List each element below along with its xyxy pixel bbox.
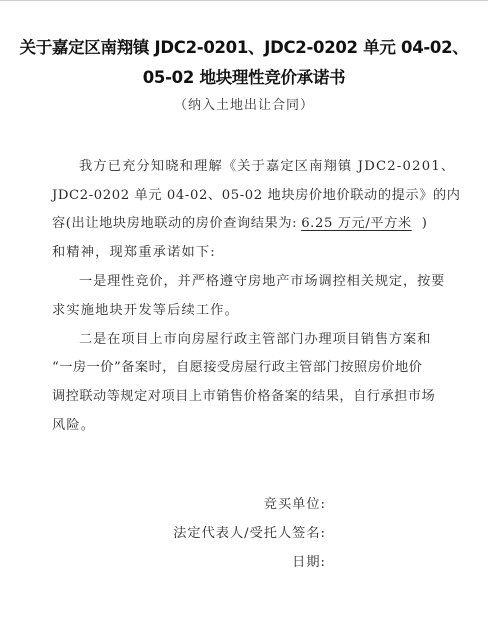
document-title-line-1: 关于嘉定区南翔镇 JDC2-0201、JDC2-0202 单元 04-02、 <box>0 34 488 58</box>
point-1-line-2: 求实施地块开发等后续工作。 <box>52 299 239 318</box>
document-title-line-2: 05-02 地块理性竞价承诺书 <box>0 64 488 88</box>
point-2-line-1: 二是在项目上市向房屋行政主管部门办理项目销售方案和 <box>79 328 431 347</box>
intro-line-4: 和精神，现郑重承诺如下: <box>52 241 216 260</box>
intro-line-3-suffix: ) <box>422 216 428 231</box>
representative-signature-label: 法定代表人/受托人签名: <box>173 522 326 541</box>
document-page: 关于嘉定区南翔镇 JDC2-0201、JDC2-0202 单元 04-02、 0… <box>0 1 488 641</box>
date-label: 日期: <box>292 551 326 570</box>
intro-line-1: 我方已充分知晓和理解《关于嘉定区南翔镇 JDC2-0201、 <box>79 155 455 174</box>
intro-line-2: JDC2-0202 单元 04-02、05-02 地块房价地价联动的提示》的内 <box>52 184 461 203</box>
point-2-line-2: “一房一价”备案时，自愿接受房屋行政主管部门按照房价地价 <box>52 356 422 375</box>
price-query-result: 6.25 万元/平方米 <box>297 216 422 231</box>
document-subtitle: （纳入土地出让合同） <box>0 94 488 113</box>
point-2-line-3: 调控联动等规定对项目上市销售价格备案的结果，自行承担市场 <box>52 385 435 404</box>
point-1-line-1: 一是理性竞价，并严格遵守房地产市场调控相关规定，按要 <box>79 270 445 289</box>
point-2-line-4: 风险。 <box>52 414 95 433</box>
intro-line-3: 容(出让地块房地联动的房价查询结果为:6.25 万元/平方米) <box>52 212 427 231</box>
bidder-label: 竞买单位: <box>264 493 326 512</box>
intro-line-3-prefix: 容(出让地块房地联动的房价查询结果为: <box>52 216 297 231</box>
